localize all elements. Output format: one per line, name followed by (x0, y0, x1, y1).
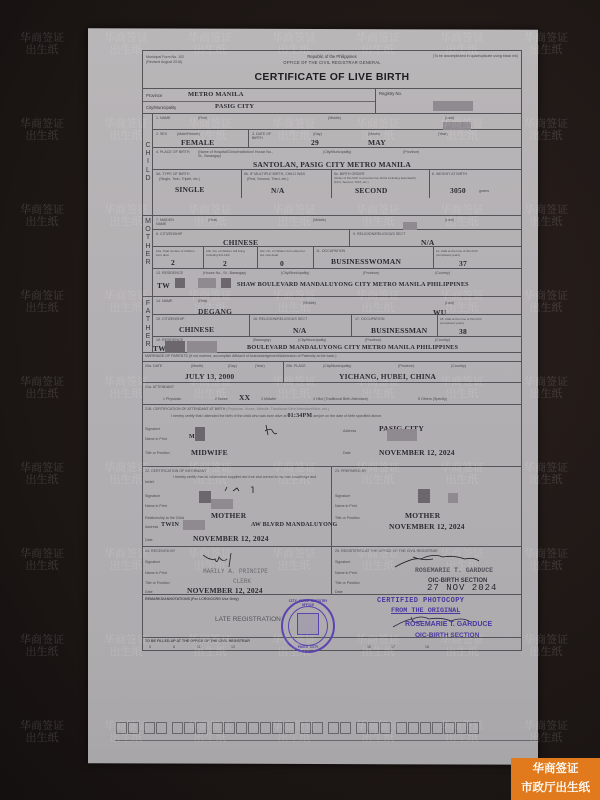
mother-occupation-label: 11. OCCUPATION (316, 249, 345, 253)
mother-citizenship-value: CHINESE (223, 238, 258, 247)
attendant-signature-label: Signature (145, 427, 160, 431)
attendant-title-value: MIDWIFE (191, 448, 228, 457)
father-religion-value: N/A (293, 326, 307, 335)
watermark-text: 华商签证出生纸 (270, 32, 318, 56)
watermark-text: 华商签证出生纸 (102, 118, 150, 142)
watermark-text: 华商签证出生纸 (18, 548, 66, 572)
watermark-text: 华商签证出生纸 (18, 720, 66, 744)
birth-order-value: SECOND (355, 186, 387, 195)
watermark-text: 华商签证出生纸 (354, 290, 402, 314)
watermark-text: 华商签证出生纸 (186, 548, 234, 572)
mother-residence-label: 13. RESIDENCE (156, 271, 183, 275)
registered-signature-label: Signature (335, 560, 350, 564)
mother-residence-redacted (175, 278, 185, 288)
watermark-text: 华商签证出生纸 (438, 548, 486, 572)
watermark-text: 华商签证出生纸 (270, 290, 318, 314)
birth-time: 01:34PM (287, 413, 312, 419)
location-section: Province METRO MANILA City/Municipality … (142, 88, 522, 114)
birth-type-label: 5a. TYPE OF BIRTH (156, 172, 189, 176)
attendant-name-redacted (195, 427, 205, 441)
informant-address-value: AW BLVRD MANDALUYONG (251, 522, 337, 528)
watermark-text: 华商签证出生纸 (102, 548, 150, 572)
watermark-text: 华商签证出生纸 (18, 376, 66, 400)
watermark-text: 华商签证出生纸 (18, 204, 66, 228)
mother-religion-label: 9. RELIGION/RELIGIOUS SECT (353, 232, 405, 236)
informant-address-prefix: TWIN (161, 521, 179, 528)
watermark-text: 华商签证出生纸 (438, 462, 486, 486)
attendant-option-physician: 1 Physician (163, 397, 181, 401)
registered-date-label: Date (335, 590, 343, 594)
multiple-birth-value: N/A (271, 186, 285, 195)
city-label: City/Municipality (146, 105, 176, 110)
watermark-text: 华商签证出生纸 (354, 32, 402, 56)
watermark-text: 华商签证出生纸 (354, 462, 402, 486)
watermark-text: 华商签证出生纸 (522, 548, 570, 572)
certificate-title: CERTIFICATE OF LIVE BIRTH (143, 71, 521, 83)
informant-signature (223, 485, 263, 495)
prepared-signature-label: Signature (335, 494, 350, 498)
father-occupation-value: BUSINESSMAN (371, 326, 427, 335)
watermark-text: 华商签证出生纸 (438, 720, 486, 744)
mother-residence-value: SHAW BOULEVARD MANDALUYONG CITY METRO MA… (237, 281, 469, 288)
mother-age-label: 12. AGE at the time of this birth (compl… (436, 249, 492, 257)
attendant-date-label: Date (343, 451, 351, 455)
registered-title-label: Title or Position (335, 581, 360, 585)
father-citizenship-label: 15. CITIZENSHIP (156, 317, 184, 321)
watermark-text: 华商签证出生纸 (102, 204, 150, 228)
informant-address-redacted (183, 520, 205, 530)
attendant-date-value: NOVEMBER 12, 2024 (379, 448, 455, 457)
watermark-text: 华商签证出生纸 (270, 462, 318, 486)
watermark-text: 华商签证出生纸 (438, 204, 486, 228)
multiple-birth-label: 5b. IF MULTIPLE BIRTH, CHILD WAS (244, 172, 305, 176)
watermark-text: 华商签证出生纸 (102, 634, 150, 658)
watermark-text: 华商签证出生纸 (186, 634, 234, 658)
watermark-text: 华商签证出生纸 (18, 118, 66, 142)
watermark-text: 华商签证出生纸 (102, 720, 150, 744)
informant-name-redacted (199, 491, 211, 503)
attendant-address-redacted (387, 429, 417, 441)
mother-last-name-redacted (403, 222, 417, 230)
watermark-text: 华商签证出生纸 (102, 376, 150, 400)
watermark-text: 华商签证出生纸 (186, 118, 234, 142)
watermark-text: 华商签证出生纸 (186, 32, 234, 56)
informant-relationship-value: MOTHER (211, 511, 246, 520)
certified-stamp-line1: CERTIFIED PHOTOCOPY (377, 597, 464, 605)
province-label: Province (146, 93, 162, 98)
prepared-title-value: MOTHER (405, 511, 440, 520)
attendant-cert-text: I hereby certify that I attended the bir… (171, 413, 382, 419)
attendant-title-label: Title or Position (145, 451, 170, 455)
informant-relationship-label: Relationship to the Child (145, 516, 184, 520)
watermark-text: 华商签证出生纸 (18, 290, 66, 314)
attendant-name-label: Name in Print (145, 437, 167, 441)
watermark-text: 华商签证出生纸 (522, 204, 570, 228)
watermark-text: 华商签证出生纸 (270, 118, 318, 142)
father-residence-value: BOULEVARD MANDALUYONG CITY METRO MANILA … (247, 344, 458, 351)
badge-line2: 市政厅出生纸 (511, 779, 600, 798)
remarks-label: REMARKS/ANNOTATIONS (For LCRO/OCRG Use O… (145, 597, 239, 601)
weight-value: 3050 (450, 186, 466, 195)
watermark-text: 华商签证出生纸 (438, 290, 486, 314)
weight-unit: grams (479, 189, 489, 193)
watermark-text: 华商签证出生纸 (354, 204, 402, 228)
received-title-value: CLERK (233, 578, 251, 585)
watermark-text: 华商签证出生纸 (354, 720, 402, 744)
father-residence-redacted (165, 341, 185, 353)
seal-text: CITY CIVIL REGISTRY OFFICE (283, 600, 333, 608)
prepared-title-label: Title or Position (335, 516, 360, 520)
watermark-text: 华商签证出生纸 (270, 204, 318, 228)
watermark-text: 华商签证出生纸 (354, 548, 402, 572)
province-value: METRO MANILA (188, 91, 244, 98)
child-section-label: CHILD (144, 142, 152, 183)
attendant-name-initial: M (189, 434, 195, 440)
city-value: PASIG CITY (215, 103, 254, 110)
mother-occupation-value: BUSINESSWOMAN (331, 257, 401, 266)
watermark-text: 华商签证出生纸 (186, 376, 234, 400)
father-age-value: 38 (459, 327, 467, 336)
watermark-text: 华商签证出生纸 (270, 634, 318, 658)
attendant-cert-label: 21b. CERTIFICATION OF ATTENDANT AT BIRTH… (145, 407, 329, 411)
attendant-certification-section: 21b. CERTIFICATION OF ATTENDANT AT BIRTH… (142, 405, 522, 467)
father-religion-label: 16. RELIGION/RELIGIOUS SECT (253, 317, 307, 321)
informant-address-label: Address (145, 525, 158, 529)
watermark-text: 华商签证出生纸 (438, 118, 486, 142)
marriage-place-label: 20b. PLACE (286, 364, 306, 368)
mother-citizenship-label: 8. CITIZENSHIP (156, 232, 182, 236)
total-born-value: 2 (171, 258, 175, 267)
received-date-label: Date (145, 590, 153, 594)
informant-date-value: NOVEMBER 12, 2024 (193, 534, 269, 543)
informant-date-label: Date (145, 538, 153, 542)
watermark-text: 华商签证出生纸 (18, 634, 66, 658)
watermark-text: 华商签证出生纸 (354, 376, 402, 400)
certified-stamp-name: ROSEMARIE T. GARDUCE (405, 621, 492, 628)
badge-line1: 华商签证 (511, 760, 600, 779)
dead-label: 10c. No. of children born alive but are … (260, 249, 308, 257)
dead-value: 0 (280, 259, 284, 268)
informant-name-label: Name in Print (145, 504, 167, 508)
living-label: 10b. No. of children still living includ… (206, 249, 252, 257)
watermark-text: 华商签证出生纸 (522, 118, 570, 142)
pob-value: SANTOLAN, PASIG CITY METRO MANILA (253, 160, 411, 169)
watermark-text: 华商签证出生纸 (18, 32, 66, 56)
prepared-name-label: Name in Print (335, 504, 357, 508)
watermark-text: 华商签证出生纸 (102, 290, 150, 314)
watermark-text: 华商签证出生纸 (438, 634, 486, 658)
watermark-text: 华商签证出生纸 (522, 634, 570, 658)
watermark-text: 华商签证出生纸 (522, 376, 570, 400)
marriage-date-label: 20a. DATE (145, 364, 162, 368)
mother-age-value: 37 (459, 259, 467, 268)
watermark-text: 华商签证出生纸 (438, 32, 486, 56)
watermark-text: 华商签证出生纸 (522, 462, 570, 486)
watermark-text: 华商签证出生纸 (270, 548, 318, 572)
watermark-text: 华商签证出生纸 (354, 634, 402, 658)
watermark-text: 华商签证出生纸 (438, 376, 486, 400)
office-label: OFFICE OF THE CIVIL REGISTRAR GENERAL (143, 60, 521, 65)
received-title-label: Title or Position (145, 581, 170, 585)
watermark-text: 华商签证出生纸 (186, 462, 234, 486)
watermark-text: 华商签证出生纸 (102, 462, 150, 486)
registry-label: Registry No. (379, 91, 402, 96)
father-age-label: 18. AGE at the time of this birth (compl… (440, 317, 494, 325)
father-residence-prefix: TW (153, 344, 166, 353)
registry-number-redacted (433, 101, 473, 111)
watermark-text: 华商签证出生纸 (522, 32, 570, 56)
prepared-name-redacted (418, 489, 430, 503)
watermark-text: 华商签证出生纸 (354, 118, 402, 142)
mother-residence-prefix: TW (157, 281, 170, 290)
mother-religion-value: N/A (421, 238, 435, 247)
watermark-text: 华商签证出生纸 (270, 720, 318, 744)
watermark-text: 华商签证出生纸 (186, 204, 234, 228)
prepared-date-value: NOVEMBER 12, 2024 (389, 522, 465, 531)
living-value: 2 (223, 259, 227, 268)
total-born-label: 10a. Total number of children born alive (156, 249, 198, 257)
mother-section: MOTHER 7. MAIDEN NAME (First) (Middle) (… (142, 216, 522, 297)
watermark-text: 华商签证出生纸 (522, 290, 570, 314)
sex-label: 2. SEX (156, 132, 167, 136)
informant-signature-label: Signature (145, 494, 160, 498)
birth-type-value: SINGLE (175, 185, 205, 194)
father-name-label: 14. NAME (156, 299, 172, 303)
attendant-address-label: Address (343, 429, 356, 433)
attendant-selected-mark: XX (239, 393, 250, 402)
child-name-label: 1. NAME (156, 116, 170, 120)
father-citizenship-value: CHINESE (179, 325, 214, 334)
received-date-value: NOVEMBER 12, 2024 (187, 586, 263, 595)
marriage-heading: MARRIAGE OF PARENTS (If not married, acc… (145, 354, 336, 358)
attendant-signature (263, 423, 279, 437)
brand-badge: 华商签证 市政厅出生纸 (511, 758, 600, 800)
father-occupation-label: 17. OCCUPATION (355, 317, 384, 321)
watermark-text: 华商签证出生纸 (186, 290, 234, 314)
watermark-text: 华商签证出生纸 (522, 720, 570, 744)
maiden-name-label: 7. MAIDEN NAME (156, 218, 178, 226)
watermark-text: 华商签证出生纸 (270, 376, 318, 400)
registered-date-value: 27 NOV 2024 (427, 583, 497, 593)
weight-label: 6. WEIGHT AT BIRTH (432, 172, 467, 176)
watermark-text: 华商签证出生纸 (102, 32, 150, 56)
watermark-text: 华商签证出生纸 (18, 462, 66, 486)
watermark-text: 华商签证出生纸 (186, 720, 234, 744)
remarks-annotation: LATE REGISTRATION (215, 616, 281, 623)
pob-label: 4. PLACE OF BIRTH (156, 150, 192, 154)
